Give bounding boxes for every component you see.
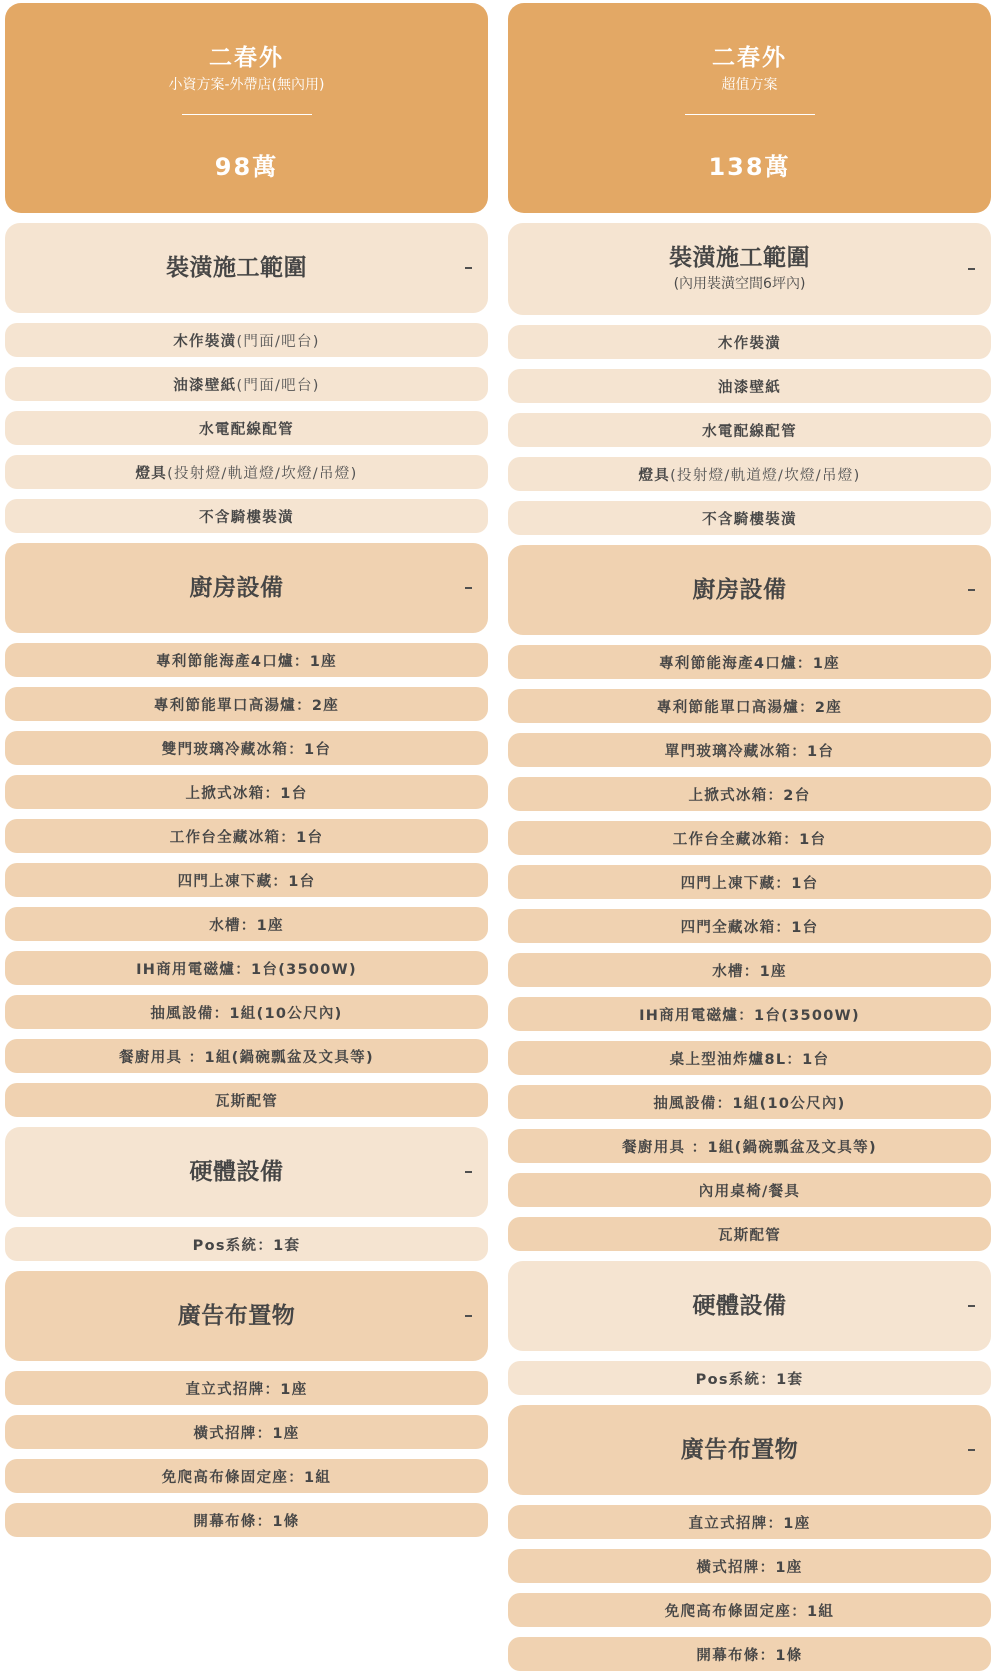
list-item: 四門全藏冰箱：1台 [508,909,991,943]
list-item: 抽風設備：1組(10公尺內) [508,1085,991,1119]
list-item: 餐廚用具 ：1組(鍋碗瓢盆及文具等) [5,1039,488,1073]
section-hardware: 硬體設備 Pos系統：1套 [5,1127,488,1261]
item-label: IH商用電磁爐：1台(3500W) [136,958,357,979]
section-toggle-renovation[interactable]: 裝潢施工範圍 (內用裝潢空間6坪內) [508,223,991,315]
section-title: 裝潢施工範圍 [669,243,810,273]
item-label: 專利節能單口高湯爐：2座 [154,694,339,715]
list-item: 木作裝潢(門面/吧台) [5,323,488,357]
list-item: IH商用電磁爐：1台(3500W) [508,997,991,1031]
list-item: 專利節能單口高湯爐：2座 [5,687,488,721]
list-item: 雙門玻璃冷藏冰箱：1台 [5,731,488,765]
item-label: 直立式招牌：1座 [186,1378,308,1399]
list-item: 燈具(投射燈/軌道燈/坎燈/吊燈) [5,455,488,489]
section-title: 硬體設備 [693,1291,787,1321]
divider [182,114,312,115]
section-toggle-advertising[interactable]: 廣告布置物 [508,1405,991,1495]
item-label: 抽風設備：1組(10公尺內) [653,1092,845,1113]
section-toggle-hardware[interactable]: 硬體設備 [508,1261,991,1351]
item-label: 內用桌椅/餐具 [699,1180,800,1201]
list-item: 四門上凍下藏：1台 [5,863,488,897]
collapse-minus-icon[interactable] [968,589,975,591]
list-item: 水電配線配管 [508,413,991,447]
item-label: 水電配線配管 [199,418,294,439]
plan-name: 二春外 [508,39,991,72]
item-label: 水電配線配管 [702,420,797,441]
list-item: 餐廚用具 ：1組(鍋碗瓢盆及文具等) [508,1129,991,1163]
item-label: 燈具 [638,464,670,485]
collapse-minus-icon[interactable] [465,587,472,589]
list-item: 木作裝潢 [508,325,991,359]
item-label: 四門全藏冰箱：1台 [681,916,819,937]
item-label: 免爬高布條固定座：1組 [665,1600,834,1621]
list-item: 單門玻璃冷藏冰箱：1台 [508,733,991,767]
item-label: 四門上凍下藏：1台 [178,870,316,891]
list-item: 開幕布條：1條 [508,1637,991,1671]
item-label: 抽風設備：1組(10公尺內) [150,1002,342,1023]
item-label: 上掀式冰箱：2台 [689,784,811,805]
plan-header: 二春外 小資方案-外帶店(無內用) 98萬 [5,3,488,213]
item-label: 水槽：1座 [209,914,284,935]
item-label: 油漆壁紙 [173,374,236,395]
list-item: 免爬高布條固定座：1組 [5,1459,488,1493]
item-label: 專利節能海產4口爐：1座 [156,650,337,671]
section-advertising: 廣告布置物 直立式招牌：1座 橫式招牌：1座 免爬高布條固定座：1組 開幕布條：… [508,1405,991,1671]
plan-card-value: 二春外 超值方案 138萬 裝潢施工範圍 (內用裝潢空間6坪內) 木作裝潢 油漆… [508,3,991,1671]
item-label: 上掀式冰箱：1台 [186,782,308,803]
list-item: 油漆壁紙 [508,369,991,403]
item-label: 油漆壁紙 [718,376,781,397]
item-label: 燈具 [135,462,167,483]
item-label: 木作裝潢 [718,332,781,353]
section-hardware: 硬體設備 Pos系統：1套 [508,1261,991,1395]
item-label: 單門玻璃冷藏冰箱：1台 [665,740,834,761]
list-item: Pos系統：1套 [5,1227,488,1261]
list-item: 橫式招牌：1座 [5,1415,488,1449]
section-toggle-hardware[interactable]: 硬體設備 [5,1127,488,1217]
item-label: 桌上型油炸爐8L：1台 [670,1048,830,1069]
list-item: 瓦斯配管 [5,1083,488,1117]
list-item: 燈具(投射燈/軌道燈/坎燈/吊燈) [508,457,991,491]
list-item: 免爬高布條固定座：1組 [508,1593,991,1627]
item-note: (門面/吧台) [236,374,319,395]
item-label: 專利節能單口高湯爐：2座 [657,696,842,717]
list-item: 水槽：1座 [508,953,991,987]
section-title: 廣告布置物 [681,1435,799,1465]
section-toggle-kitchen[interactable]: 廚房設備 [508,545,991,635]
section-title: 廚房設備 [190,573,284,603]
list-item: 桌上型油炸爐8L：1台 [508,1041,991,1075]
item-label: 餐廚用具 ：1組(鍋碗瓢盆及文具等) [119,1046,374,1067]
item-label: 不含騎樓裝潢 [702,508,797,529]
item-label: 工作台全藏冰箱：1台 [170,826,324,847]
item-label: 開幕布條：1條 [193,1510,299,1531]
section-renovation: 裝潢施工範圍 木作裝潢(門面/吧台) 油漆壁紙(門面/吧台) 水電配線配管 燈具… [5,223,488,533]
item-label: 不含騎樓裝潢 [199,506,294,527]
item-label: 工作台全藏冰箱：1台 [673,828,827,849]
collapse-minus-icon[interactable] [465,1315,472,1317]
item-note: (門面/吧台) [236,330,319,351]
item-note: (投射燈/軌道燈/坎燈/吊燈) [167,462,357,483]
item-label: 免爬高布條固定座：1組 [162,1466,331,1487]
list-item: 內用桌椅/餐具 [508,1173,991,1207]
list-item: 開幕布條：1條 [5,1503,488,1537]
section-title: 裝潢施工範圍 [166,253,307,283]
item-label: 餐廚用具 ：1組(鍋碗瓢盆及文具等) [622,1136,877,1157]
item-label: 橫式招牌：1座 [193,1422,299,1443]
list-item: 橫式招牌：1座 [508,1549,991,1583]
list-item: 四門上凍下藏：1台 [508,865,991,899]
item-label: 四門上凍下藏：1台 [681,872,819,893]
item-label: Pos系統：1套 [193,1234,301,1255]
section-toggle-renovation[interactable]: 裝潢施工範圍 [5,223,488,313]
item-label: 木作裝潢 [173,330,236,351]
plan-subtitle: 小資方案-外帶店(無內用) [5,74,488,94]
plan-name: 二春外 [5,39,488,72]
plan-card-small-budget: 二春外 小資方案-外帶店(無內用) 98萬 裝潢施工範圍 木作裝潢(門面/吧台)… [5,3,488,1537]
list-item: 專利節能單口高湯爐：2座 [508,689,991,723]
section-subtitle: (內用裝潢空間6坪內) [674,273,806,295]
section-kitchen: 廚房設備 專利節能海產4口爐：1座 專利節能單口高湯爐：2座 雙門玻璃冷藏冰箱：… [5,543,488,1117]
list-item: 直立式招牌：1座 [508,1505,991,1539]
list-item: 不含騎樓裝潢 [508,501,991,535]
list-item: IH商用電磁爐：1台(3500W) [5,951,488,985]
collapse-minus-icon[interactable] [465,1171,472,1173]
list-item: 上掀式冰箱：1台 [5,775,488,809]
list-item: Pos系統：1套 [508,1361,991,1395]
section-renovation: 裝潢施工範圍 (內用裝潢空間6坪內) 木作裝潢 油漆壁紙 水電配線配管 燈具(投… [508,223,991,535]
plan-subtitle: 超值方案 [508,74,991,94]
list-item: 專利節能海產4口爐：1座 [508,645,991,679]
section-title: 廣告布置物 [178,1301,296,1331]
item-label: 瓦斯配管 [718,1224,781,1245]
list-item: 不含騎樓裝潢 [5,499,488,533]
section-advertising: 廣告布置物 直立式招牌：1座 橫式招牌：1座 免爬高布條固定座：1組 開幕布條：… [5,1271,488,1537]
collapse-minus-icon[interactable] [465,267,472,269]
item-label: 水槽：1座 [712,960,787,981]
item-label: 雙門玻璃冷藏冰箱：1台 [162,738,331,759]
list-item: 水槽：1座 [5,907,488,941]
item-label: 橫式招牌：1座 [696,1556,802,1577]
plan-price: 98萬 [5,147,488,182]
list-item: 上掀式冰箱：2台 [508,777,991,811]
section-kitchen: 廚房設備 專利節能海產4口爐：1座 專利節能單口高湯爐：2座 單門玻璃冷藏冰箱：… [508,545,991,1251]
list-item: 水電配線配管 [5,411,488,445]
section-title: 廚房設備 [693,575,787,605]
plan-comparison: 二春外 小資方案-外帶店(無內用) 98萬 裝潢施工範圍 木作裝潢(門面/吧台)… [5,3,991,1671]
section-toggle-kitchen[interactable]: 廚房設備 [5,543,488,633]
plan-header: 二春外 超值方案 138萬 [508,3,991,213]
list-item: 工作台全藏冰箱：1台 [508,821,991,855]
item-label: 瓦斯配管 [215,1090,278,1111]
section-title: 硬體設備 [190,1157,284,1187]
collapse-minus-icon[interactable] [968,1449,975,1451]
item-note: (投射燈/軌道燈/坎燈/吊燈) [670,464,860,485]
collapse-minus-icon[interactable] [968,1305,975,1307]
item-label: 直立式招牌：1座 [689,1512,811,1533]
divider [685,114,815,115]
list-item: 抽風設備：1組(10公尺內) [5,995,488,1029]
list-item: 油漆壁紙(門面/吧台) [5,367,488,401]
collapse-minus-icon[interactable] [968,268,975,270]
item-label: IH商用電磁爐：1台(3500W) [639,1004,860,1025]
item-label: 開幕布條：1條 [696,1644,802,1665]
item-label: 專利節能海產4口爐：1座 [659,652,840,673]
item-label: Pos系統：1套 [696,1368,804,1389]
list-item: 瓦斯配管 [508,1217,991,1251]
list-item: 專利節能海產4口爐：1座 [5,643,488,677]
section-toggle-advertising[interactable]: 廣告布置物 [5,1271,488,1361]
plan-price: 138萬 [508,147,991,182]
list-item: 直立式招牌：1座 [5,1371,488,1405]
list-item: 工作台全藏冰箱：1台 [5,819,488,853]
